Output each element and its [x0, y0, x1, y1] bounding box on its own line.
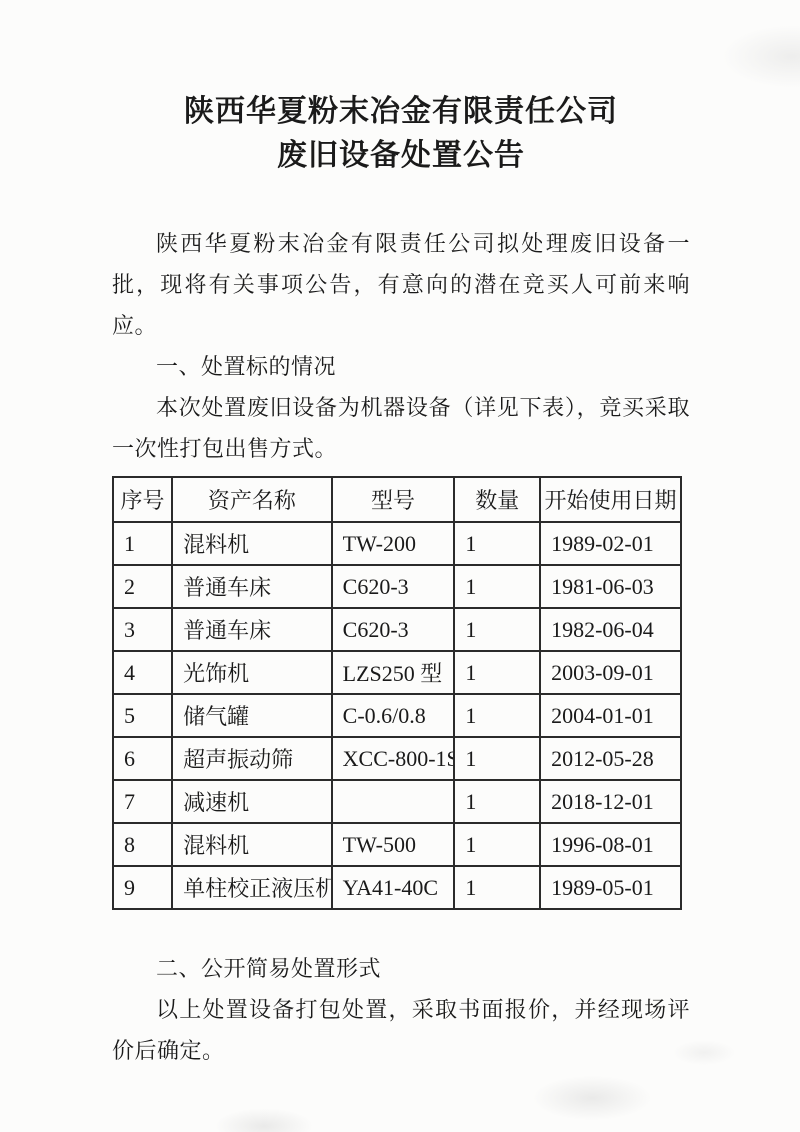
cell-index: 1 [113, 522, 172, 565]
header-quantity: 数量 [454, 477, 540, 522]
scanned-document-page: 陕西华夏粉末冶金有限责任公司 废旧设备处置公告 陕西华夏粉末冶金有限责任公司拟处… [0, 0, 800, 1132]
cell-index: 5 [113, 694, 172, 737]
cell-quantity: 1 [454, 737, 540, 780]
cell-quantity: 1 [454, 608, 540, 651]
cell-index: 8 [113, 823, 172, 866]
cell-start-date: 1996-08-01 [540, 823, 681, 866]
cell-asset-name: 储气罐 [172, 694, 332, 737]
cell-quantity: 1 [454, 694, 540, 737]
table-row: 6 超声振动筛 XCC-800-1S 1 2012-05-28 [113, 737, 681, 780]
cell-asset-name: 混料机 [172, 823, 332, 866]
cell-start-date: 2018-12-01 [540, 780, 681, 823]
table-row: 3 普通车床 C620-3 1 1982-06-04 [113, 608, 681, 651]
cell-model: YA41-40C [332, 866, 455, 909]
cell-start-date: 1989-05-01 [540, 866, 681, 909]
table-header-row: 序号 资产名称 型号 数量 开始使用日期 [113, 477, 681, 522]
cell-model: C620-3 [332, 608, 455, 651]
cell-model: LZS250 型 [332, 651, 455, 694]
document-title-line2: 废旧设备处置公告 [112, 134, 690, 178]
section1-paragraph: 本次处置废旧设备为机器设备（详见下表），竞买采取一次性打包出售方式。 [112, 387, 690, 469]
header-index: 序号 [113, 477, 172, 522]
cell-model: TW-200 [332, 522, 455, 565]
header-start-date: 开始使用日期 [540, 477, 681, 522]
cell-start-date: 2003-09-01 [540, 651, 681, 694]
cell-quantity: 1 [454, 866, 540, 909]
cell-quantity: 1 [454, 823, 540, 866]
cell-quantity: 1 [454, 565, 540, 608]
table-row: 5 储气罐 C-0.6/0.8 1 2004-01-01 [113, 694, 681, 737]
cell-model [332, 780, 455, 823]
cell-index: 7 [113, 780, 172, 823]
cell-asset-name: 单柱校正液压机 [172, 866, 332, 909]
cell-start-date: 2012-05-28 [540, 737, 681, 780]
cell-asset-name: 减速机 [172, 780, 332, 823]
cell-index: 6 [113, 737, 172, 780]
cell-asset-name: 普通车床 [172, 608, 332, 651]
section1-heading: 一、处置标的情况 [112, 346, 690, 387]
table-row: 9 单柱校正液压机 YA41-40C 1 1989-05-01 [113, 866, 681, 909]
cell-model: TW-500 [332, 823, 455, 866]
header-model: 型号 [332, 477, 455, 522]
intro-paragraph: 陕西华夏粉末冶金有限责任公司拟处理废旧设备一批，现将有关事项公告，有意向的潜在竞… [112, 223, 690, 346]
cell-index: 4 [113, 651, 172, 694]
cell-index: 9 [113, 866, 172, 909]
cell-model: XCC-800-1S [332, 737, 455, 780]
cell-model: C620-3 [332, 565, 455, 608]
table-row: 8 混料机 TW-500 1 1996-08-01 [113, 823, 681, 866]
cell-quantity: 1 [454, 780, 540, 823]
cell-start-date: 2004-01-01 [540, 694, 681, 737]
table-row: 2 普通车床 C620-3 1 1981-06-03 [113, 565, 681, 608]
cell-start-date: 1989-02-01 [540, 522, 681, 565]
section2-heading: 二、公开简易处置形式 [112, 948, 690, 989]
table-row: 7 减速机 1 2018-12-01 [113, 780, 681, 823]
cell-asset-name: 混料机 [172, 522, 332, 565]
table-row: 1 混料机 TW-200 1 1989-02-01 [113, 522, 681, 565]
section2-paragraph: 以上处置设备打包处置，采取书面报价，并经现场评价后确定。 [112, 989, 690, 1071]
equipment-table-body: 1 混料机 TW-200 1 1989-02-01 2 普通车床 C620-3 … [113, 522, 681, 909]
cell-start-date: 1982-06-04 [540, 608, 681, 651]
cell-asset-name: 光饰机 [172, 651, 332, 694]
cell-asset-name: 普通车床 [172, 565, 332, 608]
cell-quantity: 1 [454, 651, 540, 694]
cell-start-date: 1981-06-03 [540, 565, 681, 608]
equipment-table: 序号 资产名称 型号 数量 开始使用日期 1 混料机 TW-200 1 1989… [112, 476, 682, 910]
document-title-line1: 陕西华夏粉末冶金有限责任公司 [112, 90, 690, 134]
header-asset-name: 资产名称 [172, 477, 332, 522]
cell-model: C-0.6/0.8 [332, 694, 455, 737]
cell-quantity: 1 [454, 522, 540, 565]
cell-index: 2 [113, 565, 172, 608]
cell-asset-name: 超声振动筛 [172, 737, 332, 780]
table-row: 4 光饰机 LZS250 型 1 2003-09-01 [113, 651, 681, 694]
cell-index: 3 [113, 608, 172, 651]
